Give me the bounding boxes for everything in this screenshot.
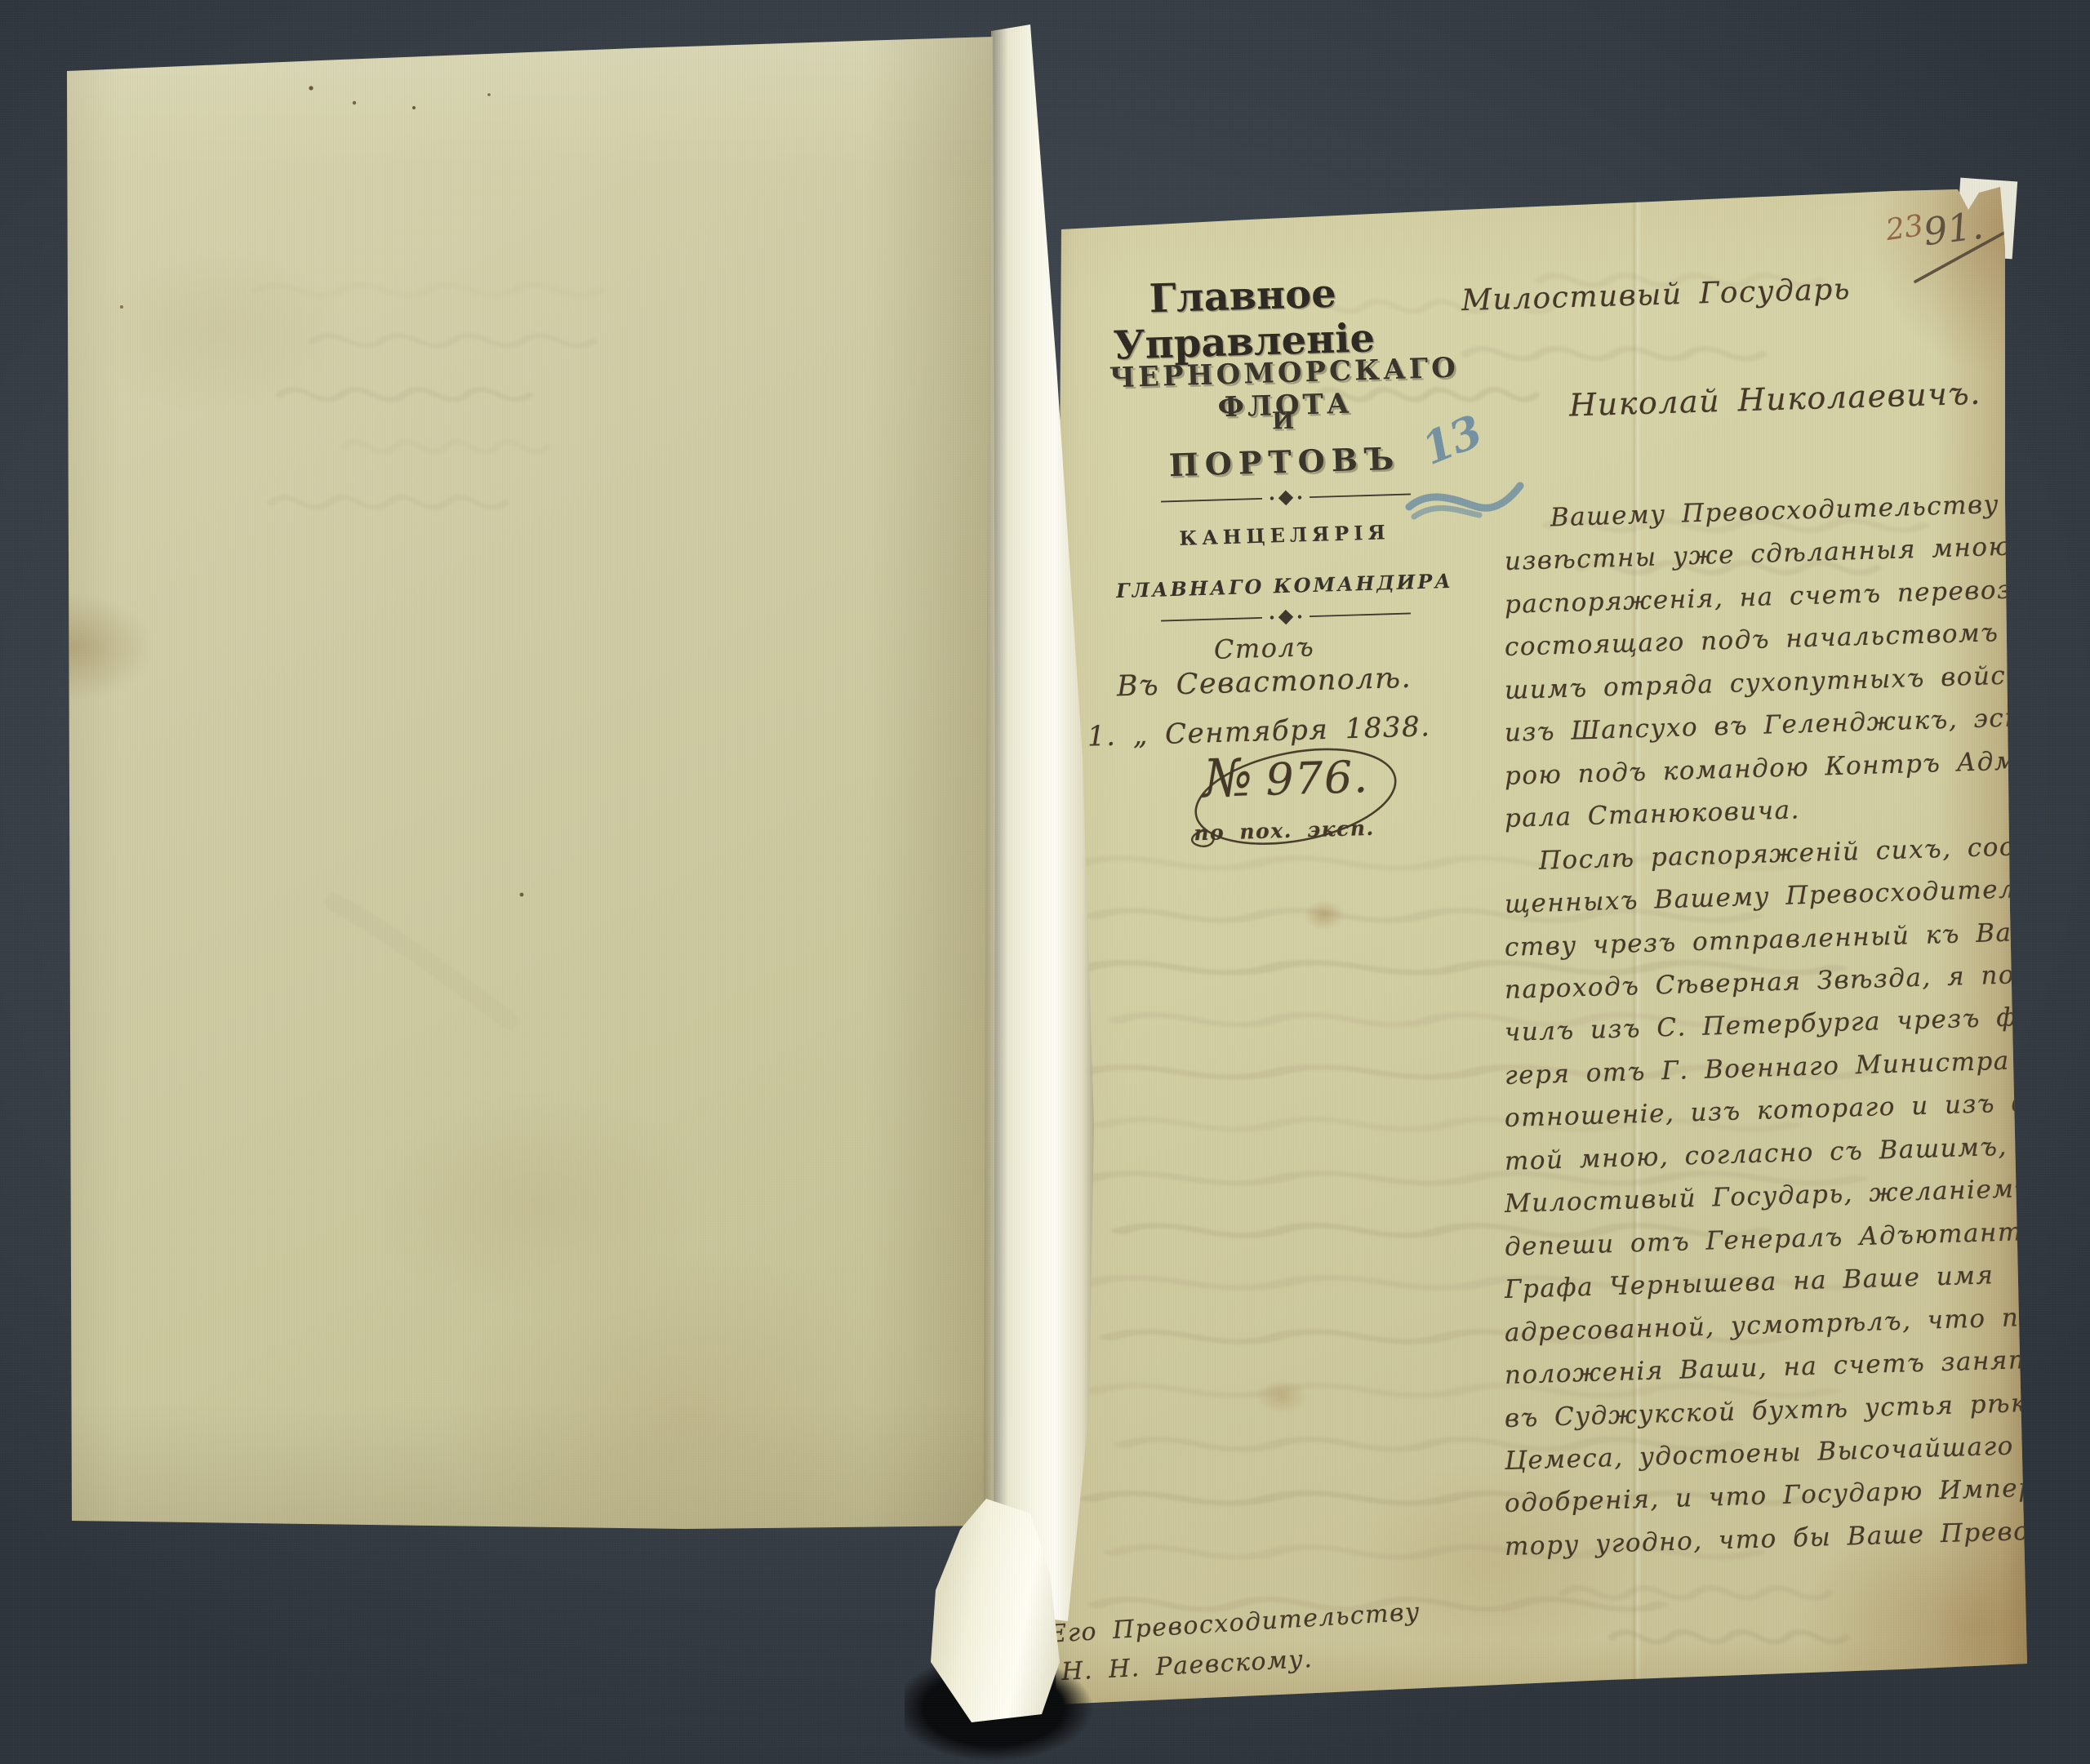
photographed-archive-spread: Главное Управленіе ЧЕРНОМОРСКАГО ФЛОТА И… [0,0,2090,1764]
left-blank-page [64,37,996,1537]
ink-bleedthrough-left [64,37,996,1537]
paper-specks [64,37,65,38]
letter-recto-page: Главное Управленіе ЧЕРНОМОРСКАГО ФЛОТА И… [1037,176,2034,1718]
letter-body: Вашему Превосходительствуизвѣстны уже сд… [1505,498,2027,1568]
